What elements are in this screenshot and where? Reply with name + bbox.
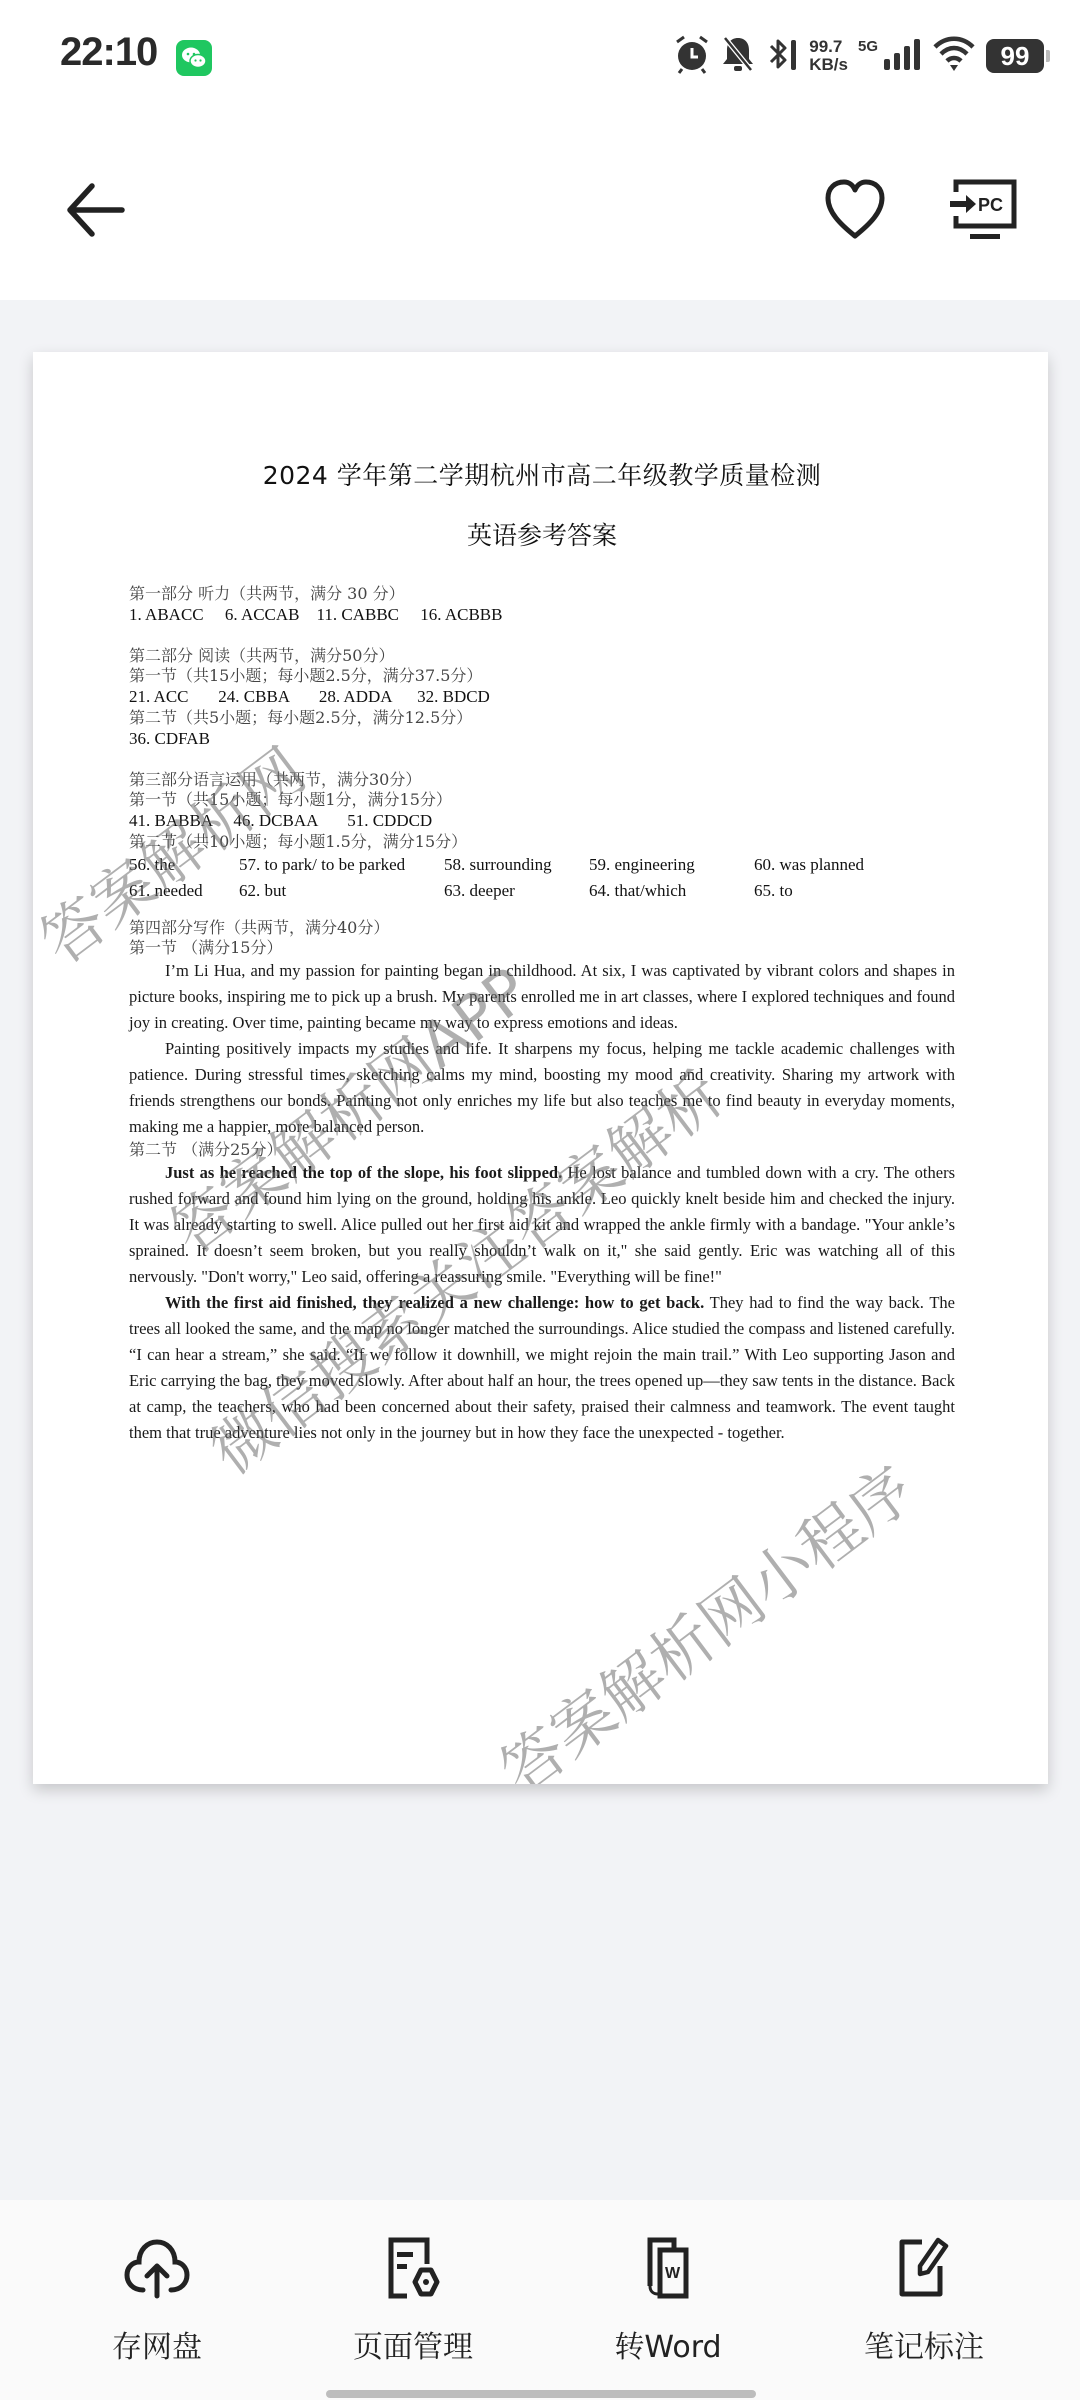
heart-icon — [820, 178, 890, 242]
paragraph-lead-sentence: Just as he reached the top of the slope,… — [165, 1163, 562, 1182]
wifi-icon — [932, 34, 976, 78]
network-type: 5G — [858, 38, 878, 55]
part1-heading: 第一部分 听力（共两节，满分 30 分） — [129, 584, 955, 604]
cloud-upload-icon — [121, 2236, 193, 2300]
part4-section2-heading: 第二节 （满分25分） — [129, 1140, 955, 1160]
part2-section1-heading: 第一节（共15小题；每小题2.5分，满分37.5分） — [129, 666, 955, 686]
arrow-left-icon — [60, 180, 130, 240]
home-indicator[interactable] — [326, 2390, 756, 2398]
signal-icon — [882, 37, 922, 75]
svg-text:PC: PC — [978, 195, 1003, 215]
part2-heading: 第二部分 阅读（共两节，满分50分） — [129, 646, 955, 666]
fill-answer: 61. needed — [129, 878, 239, 904]
send-to-pc-icon: PC — [950, 178, 1020, 248]
watermark: 答案解析网小程序 — [479, 1441, 929, 1784]
save-to-cloud-button[interactable]: 存网盘 — [57, 2236, 257, 2366]
document-title: 2024 学年第二学期杭州市高二年级教学质量检测 — [129, 456, 955, 492]
send-to-pc-button[interactable]: PC — [950, 178, 1020, 248]
page-settings-icon — [377, 2236, 449, 2300]
fill-in-answers: 56. the 57. to park/ to be parked 58. su… — [129, 852, 955, 904]
document-viewer[interactable]: 2024 学年第二学期杭州市高二年级教学质量检测 英语参考答案 第一部分 听力（… — [0, 300, 1080, 2200]
document-subtitle: 英语参考答案 — [129, 516, 955, 552]
fill-answer: 58. surrounding — [444, 852, 589, 878]
part2-section2-heading: 第二节（共5小题；每小题2.5分，满分12.5分） — [129, 708, 955, 728]
fill-answer: 57. to park/ to be parked — [239, 852, 444, 878]
convert-word-icon: W — [632, 2236, 704, 2300]
part3-section2-heading: 第二节（共10小题；每小题1.5分，满分15分） — [129, 832, 955, 852]
part4-heading: 第四部分写作（共两节，满分40分） — [129, 918, 955, 938]
document-content: 2024 学年第二学期杭州市高二年级教学质量检测 英语参考答案 第一部分 听力（… — [129, 456, 955, 1446]
part3-section1-answers: 41. BABBA 46. DCBAA 51. CDDCD — [129, 810, 955, 832]
bluetooth-icon — [765, 34, 799, 78]
fill-answer: 56. the — [129, 852, 239, 878]
fill-answer: 65. to — [754, 878, 924, 904]
svg-text:W: W — [665, 2265, 681, 2282]
bottom-toolbar: 存网盘 页面管理 W 转Word 笔记标注 — [0, 2200, 1080, 2400]
fill-answer: 64. that/which — [589, 878, 754, 904]
favorite-button[interactable] — [820, 178, 890, 242]
fill-answer: 59. engineering — [589, 852, 754, 878]
part4-section1-heading: 第一节 （满分15分） — [129, 938, 955, 958]
mute-bell-icon — [721, 34, 755, 78]
status-icons: 99.7 KB/s 5G 99 — [673, 34, 1044, 78]
clock: 22:10 — [60, 30, 157, 75]
page-management-button[interactable]: 页面管理 — [313, 2236, 513, 2366]
fill-answer: 62. but — [239, 878, 444, 904]
alarm-icon — [673, 34, 711, 78]
fill-answer: 63. deeper — [444, 878, 589, 904]
part3-heading: 第三部分语言运用（共两节，满分30分） — [129, 770, 955, 790]
tool-label: 存网盘 — [57, 2322, 257, 2366]
part3-section1-heading: 第一节（共15小题；每小题1分，满分15分） — [129, 790, 955, 810]
essay2-paragraph: With the first aid finished, they realiz… — [129, 1290, 955, 1446]
paragraph-body: They had to find the way back. The trees… — [129, 1293, 955, 1442]
document-page[interactable]: 2024 学年第二学期杭州市高二年级教学质量检测 英语参考答案 第一部分 听力（… — [33, 352, 1048, 1784]
part2-section1-answers: 21. ACC 24. CBBA 28. ADDA 32. BDCD — [129, 686, 955, 708]
net-speed-unit: KB/s — [809, 55, 848, 74]
convert-to-word-button[interactable]: W 转Word — [568, 2236, 768, 2366]
tool-label: 笔记标注 — [824, 2322, 1024, 2366]
fill-answer: 60. was planned — [754, 852, 924, 878]
essay1-paragraph: Painting positively impacts my studies a… — [129, 1036, 955, 1140]
status-bar: 22:10 99.7 KB/s 5G 99 — [0, 0, 1080, 110]
part2-section2-answers: 36. CDFAB — [129, 728, 955, 750]
net-speed-value: 99.7 — [809, 37, 842, 56]
essay2-paragraph: Just as he reached the top of the slope,… — [129, 1160, 955, 1290]
edit-note-icon — [888, 2236, 960, 2300]
battery-icon: 99 — [986, 39, 1044, 73]
paragraph-lead-sentence: With the first aid finished, they realiz… — [165, 1293, 704, 1312]
wechat-icon — [176, 40, 212, 76]
essay1-paragraph: I’m Li Hua, and my passion for painting … — [129, 958, 955, 1036]
net-speed: 99.7 KB/s — [809, 38, 848, 74]
part1-answers: 1. ABACC 6. ACCAB 11. CABBC 16. ACBBB — [129, 604, 955, 626]
back-button[interactable] — [60, 180, 130, 240]
top-app-bar: PC — [0, 110, 1080, 300]
tool-label: 页面管理 — [313, 2322, 513, 2366]
note-annotation-button[interactable]: 笔记标注 — [824, 2236, 1024, 2366]
tool-label: 转Word — [568, 2322, 768, 2366]
